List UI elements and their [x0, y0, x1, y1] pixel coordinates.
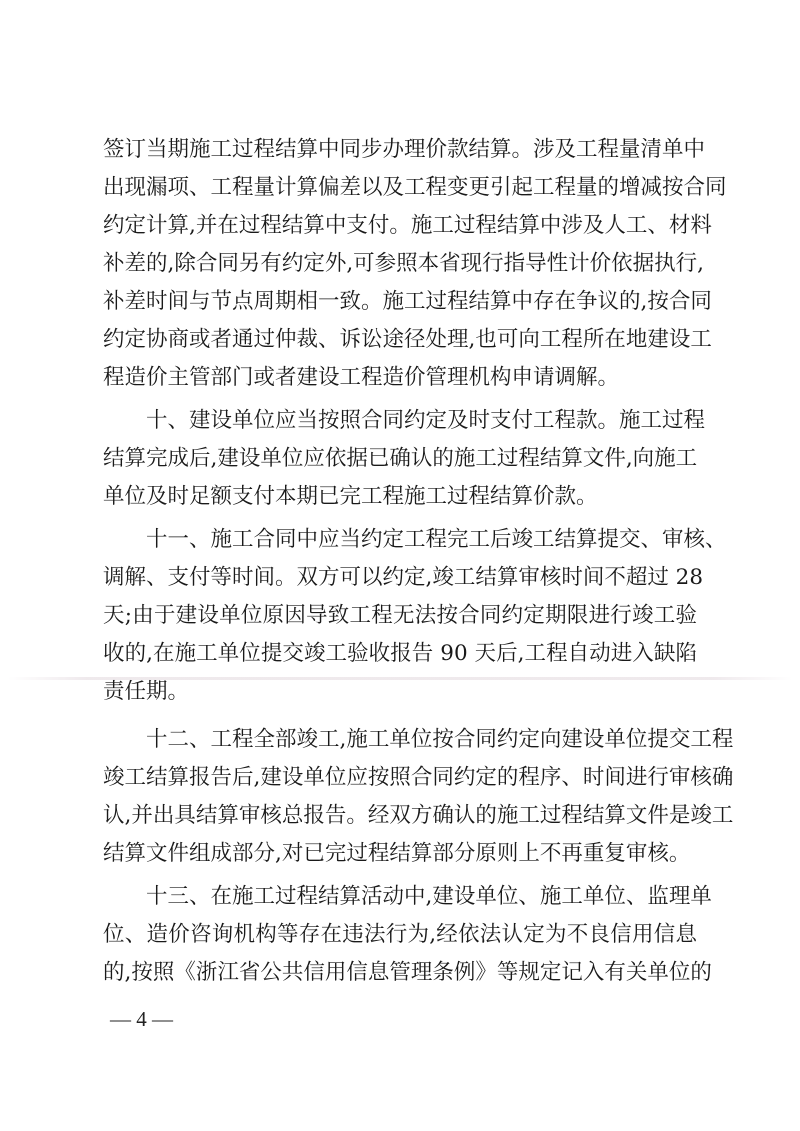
text-line: 结算完成后,建设单位应依据已确认的施工过程结算文件,向施工	[103, 440, 697, 478]
page-number: — 4 —	[110, 1004, 173, 1034]
text-line: 签订当期施工过程结算中同步办理价款结算。涉及工程量清单中	[103, 131, 697, 169]
paragraph-10-start: 十、建设单位应当按照合同约定及时支付工程款。施工过程	[103, 402, 697, 440]
text-line: 的,按照《浙江省公共信用信息管理条例》等规定记入有关单位的	[103, 954, 697, 992]
text-line: 调解、支付等时间。双方可以约定,竣工结算审核时间不超过 28	[103, 559, 697, 597]
scan-line-artifact	[8, 677, 792, 680]
text-line: 位、造价咨询机构等存在违法行为,经依法认定为不良信用信息	[103, 916, 697, 954]
text-line: 约定协商或者通过仲裁、诉讼途径处理,也可向工程所在地建设工	[103, 321, 697, 359]
text-line: 结算文件组成部分,对已完过程结算部分原则上不再重复审核。	[103, 835, 697, 873]
paragraph-12-start: 十二、工程全部竣工,施工单位按合同约定向建设单位提交工程	[103, 721, 697, 759]
paragraph-11-start: 十一、施工合同中应当约定工程完工后竣工结算提交、审核、	[103, 521, 697, 559]
document-page: 签订当期施工过程结算中同步办理价款结算。涉及工程量清单中 出现漏项、工程量计算偏…	[0, 0, 800, 1131]
text-line: 出现漏项、工程量计算偏差以及工程变更引起工程量的增减按合同	[103, 169, 697, 207]
text-line: 认,并出具结算审核总报告。经双方确认的施工过程结算文件是竣工	[103, 797, 697, 835]
text-line: 天;由于建设单位原因导致工程无法按合同约定期限进行竣工验	[103, 597, 697, 635]
text-line: 程造价主管部门或者建设工程造价管理机构申请调解。	[103, 359, 697, 397]
text-line: 收的,在施工单位提交竣工验收报告 90 天后,工程自动进入缺陷	[103, 635, 697, 673]
text-line: 竣工结算报告后,建设单位应按照合同约定的程序、时间进行审核确	[103, 759, 697, 797]
text-line: 补差的,除合同另有约定外,可参照本省现行指导性计价依据执行,	[103, 245, 697, 283]
text-line: 补差时间与节点周期相一致。施工过程结算中存在争议的,按合同	[103, 283, 697, 321]
text-line: 单位及时足额支付本期已完工程施工过程结算价款。	[103, 478, 697, 516]
text-line: 约定计算,并在过程结算中支付。施工过程结算中涉及人工、材料	[103, 207, 697, 245]
paragraph-13-start: 十三、在施工过程结算活动中,建设单位、施工单位、监理单	[103, 878, 697, 916]
